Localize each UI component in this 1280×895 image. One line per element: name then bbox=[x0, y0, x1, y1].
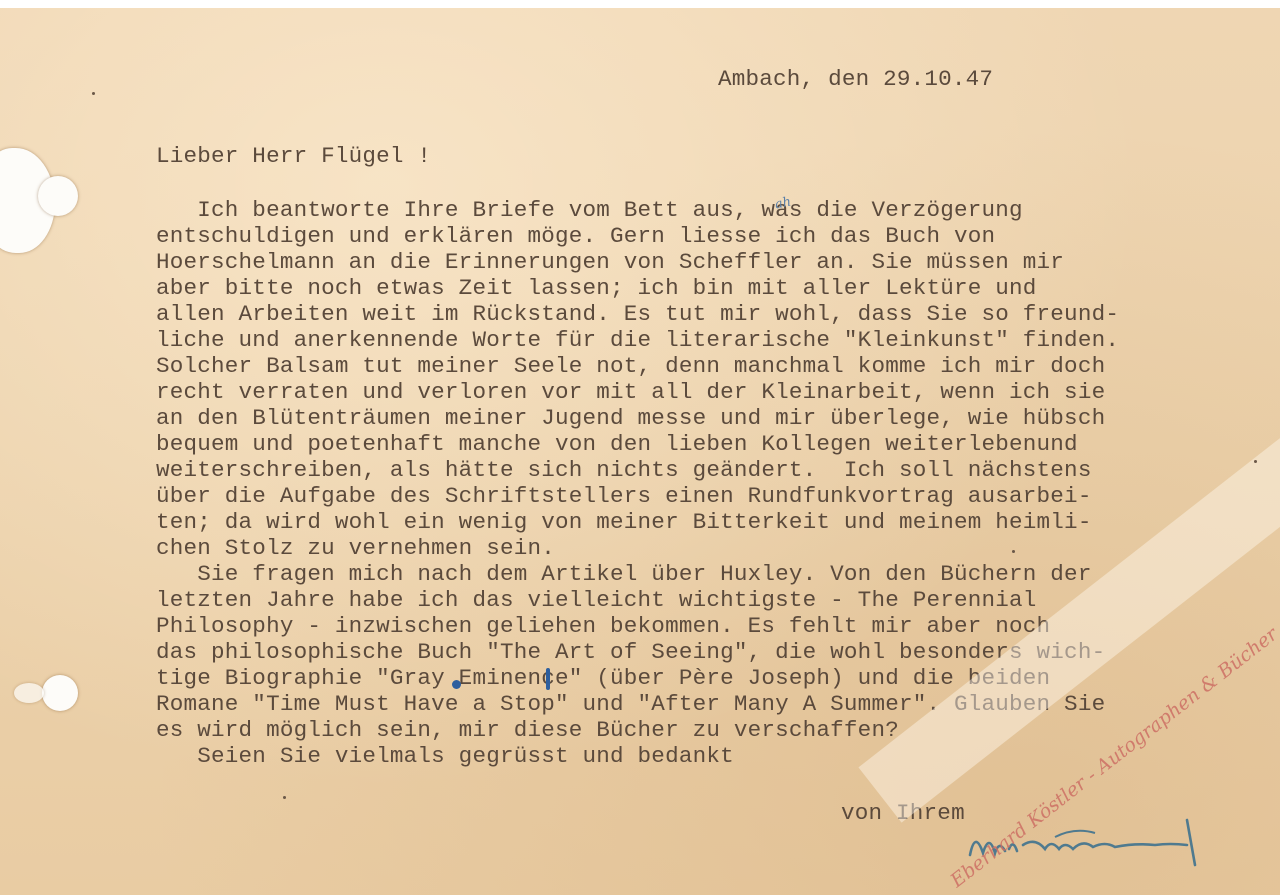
paper-speck bbox=[1012, 550, 1015, 553]
letter-line: das philosophische Buch "The Art of Seei… bbox=[156, 639, 1119, 665]
letter-line: bequem und poetenhaft manche von den lie… bbox=[156, 431, 1119, 457]
letter-line: letzten Jahre habe ich das vielleicht wi… bbox=[156, 587, 1119, 613]
letter-line: an den Blütenträumen meiner Jugend messe… bbox=[156, 405, 1119, 431]
punch-hole-top-edge bbox=[38, 176, 78, 216]
letter-line: entschuldigen und erklären möge. Gern li… bbox=[156, 223, 1119, 249]
letter-line: recht verraten und verloren vor mit all … bbox=[156, 379, 1119, 405]
ink-blot bbox=[452, 680, 461, 689]
letter-line: ten; da wird wohl ein wenig von meiner B… bbox=[156, 509, 1119, 535]
place-date: Ambach, den 29.10.47 bbox=[718, 66, 993, 92]
paper-speck bbox=[1254, 460, 1257, 463]
letter-line: aber bitte noch etwas Zeit lassen; ich b… bbox=[156, 275, 1119, 301]
letter-line: Philosophy - inzwischen geliehen bekomme… bbox=[156, 613, 1119, 639]
letter-line: Solcher Balsam tut meiner Seele not, den… bbox=[156, 353, 1119, 379]
punch-hole-bottom bbox=[42, 675, 78, 711]
letter-line: Sie fragen mich nach dem Artikel über Hu… bbox=[156, 561, 1119, 587]
letter-line: über die Aufgabe des Schriftstellers ein… bbox=[156, 483, 1119, 509]
punch-hole-bottom-tear bbox=[14, 683, 44, 703]
ink-stroke bbox=[546, 668, 550, 690]
letter-line: allen Arbeiten weit im Rückstand. Es tut… bbox=[156, 301, 1119, 327]
letter-line: weiterschreiben, als hätte sich nichts g… bbox=[156, 457, 1119, 483]
letter-line: Hoerschelmann an die Erinnerungen von Sc… bbox=[156, 249, 1119, 275]
paper-speck bbox=[92, 92, 95, 95]
letter-line: chen Stolz zu vernehmen sein. bbox=[156, 535, 1119, 561]
letter-line: Ich beantworte Ihre Briefe vom Bett aus,… bbox=[156, 197, 1119, 223]
letter-line: liche und anerkennende Worte für die lit… bbox=[156, 327, 1119, 353]
salutation: Lieber Herr Flügel ! bbox=[156, 143, 431, 169]
paper-speck bbox=[283, 796, 286, 799]
